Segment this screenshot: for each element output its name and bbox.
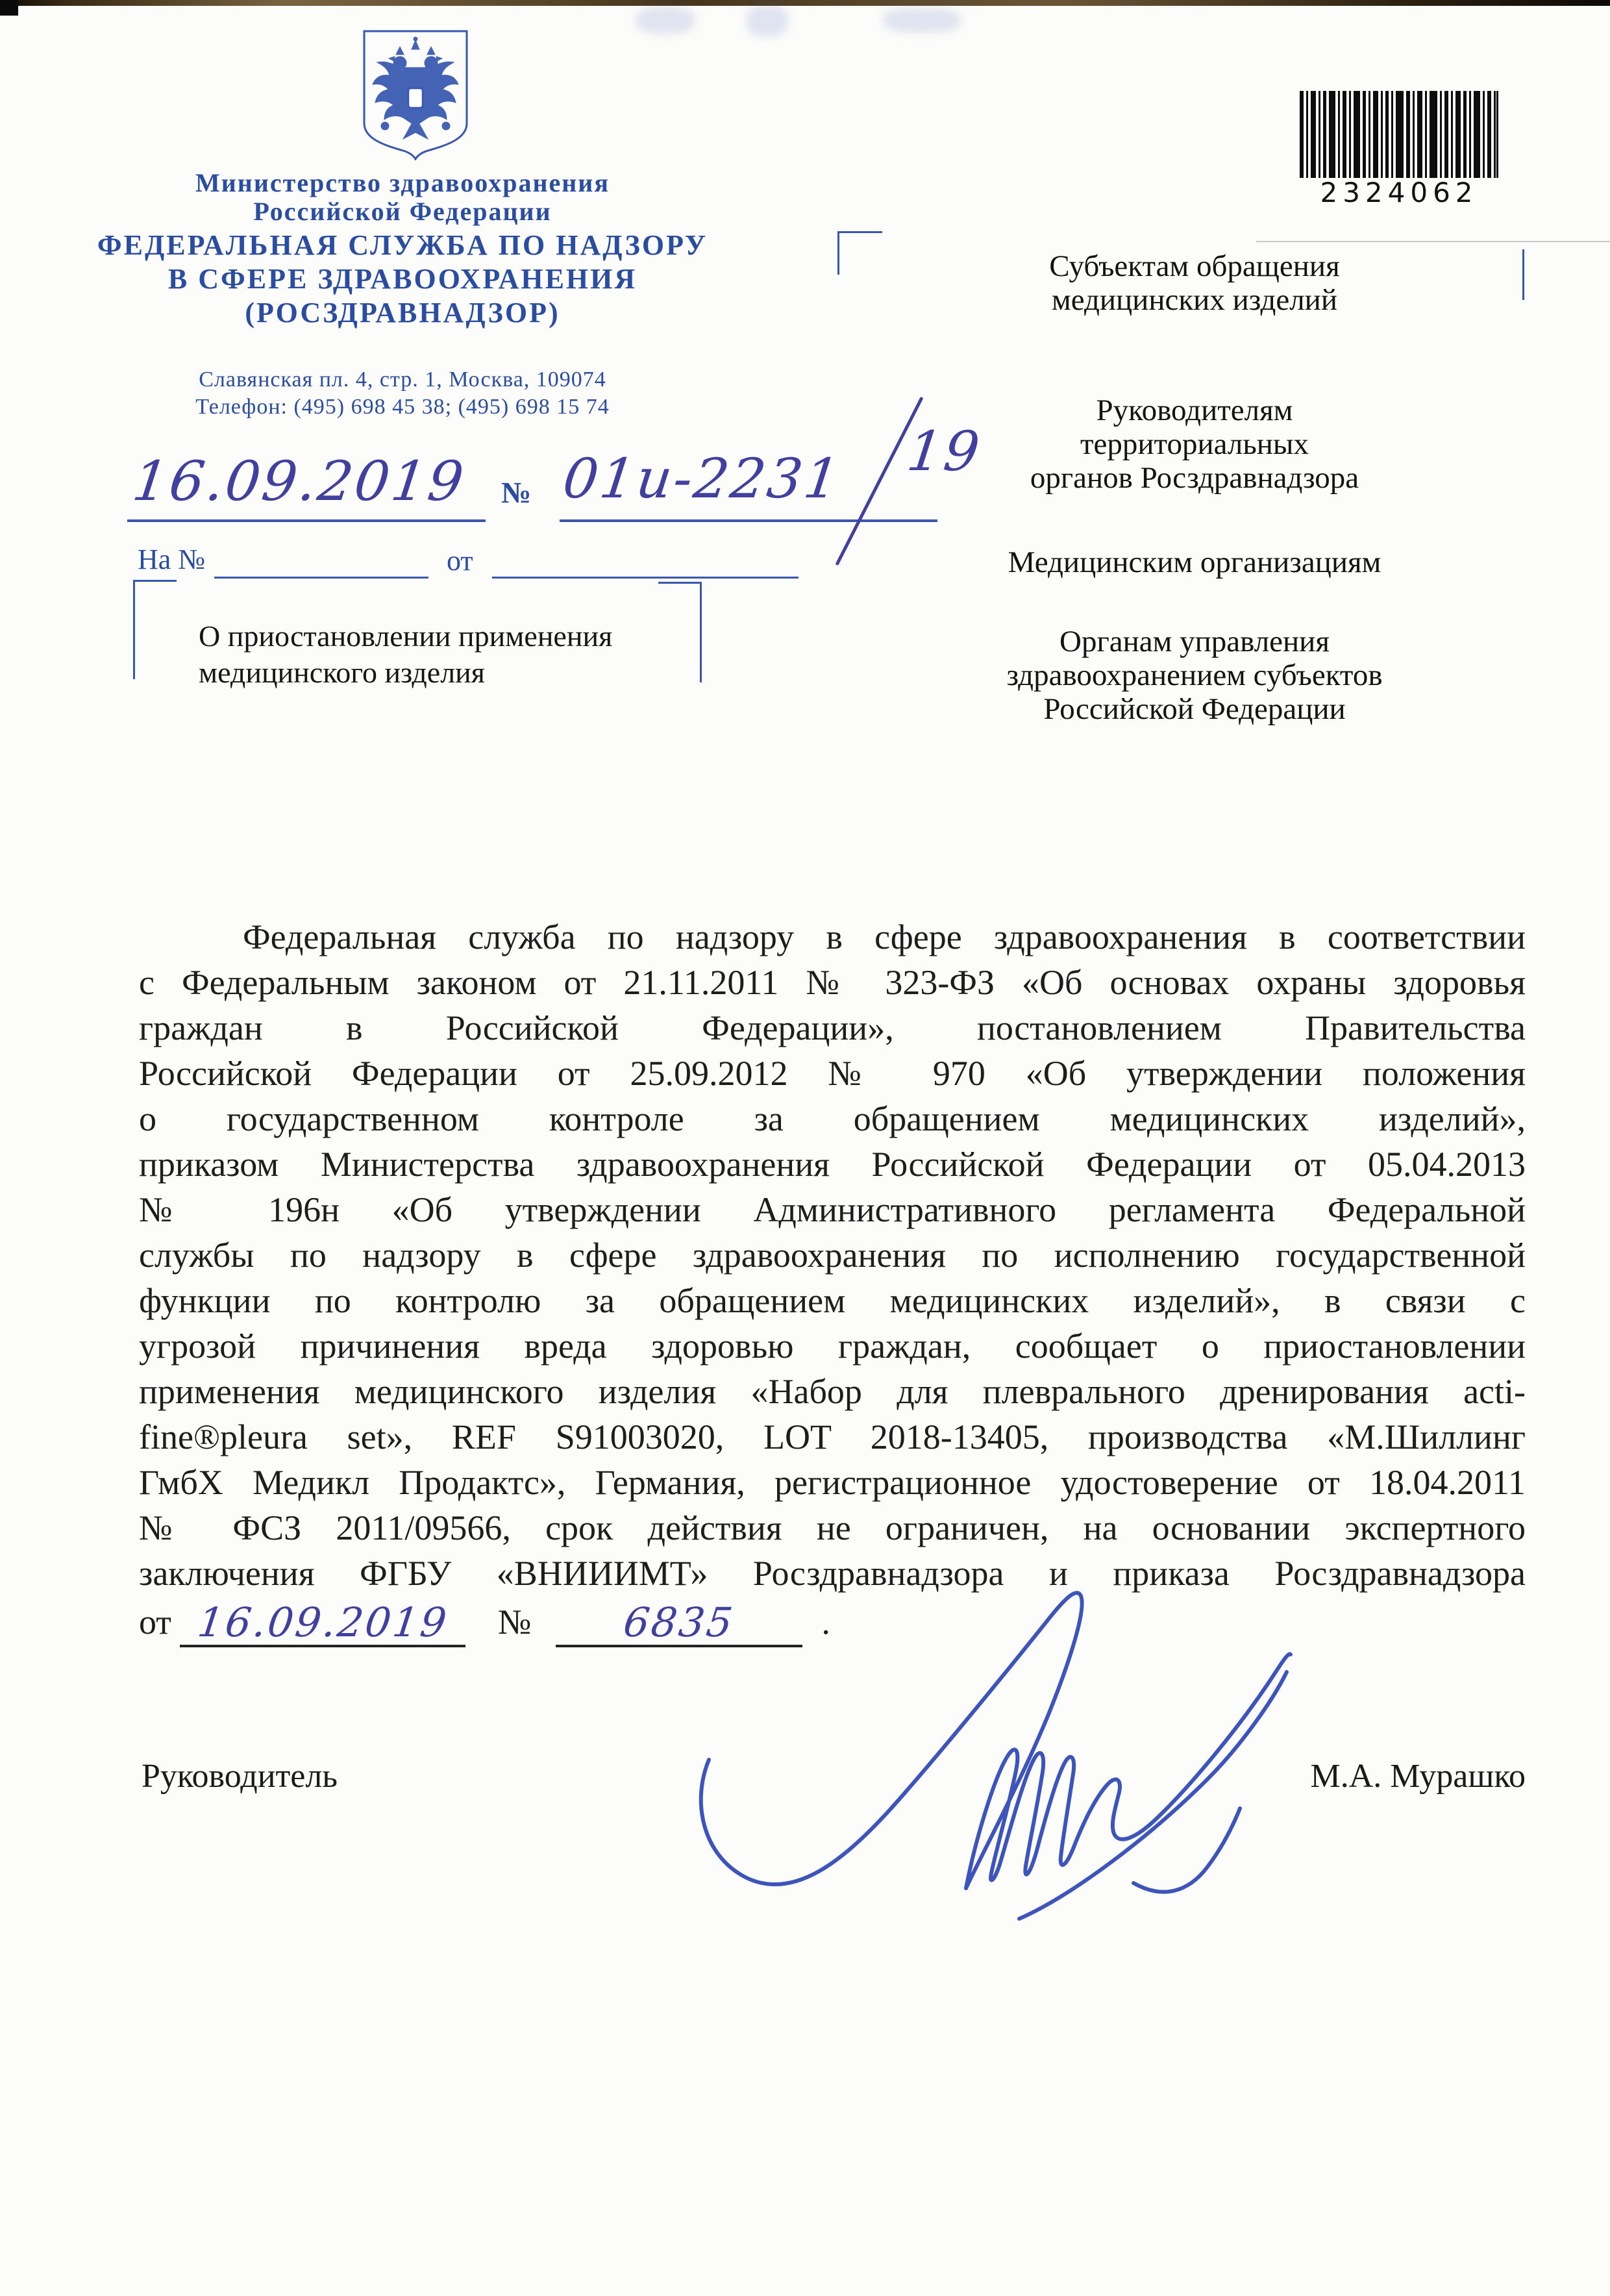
final-ot-label: от: [139, 1603, 171, 1641]
number-underline: [560, 519, 937, 522]
body-line: функции по контролю за обращением медици…: [139, 1278, 1526, 1323]
recipient-corner-tick-right: [1522, 249, 1524, 300]
body-paragraph: Федеральная служба по надзору в сфере зд…: [139, 914, 1526, 1647]
final-number-sign: №: [498, 1603, 532, 1641]
subject-line2: медицинского изделия: [199, 655, 731, 691]
russia-coat-of-arms-icon: [360, 27, 471, 160]
recipient-line: медицинских изделий: [935, 283, 1454, 317]
recipient-line: Медицинским организациям: [935, 545, 1454, 579]
handwritten-date: 16.09.2019: [129, 449, 469, 513]
body-line: Российской Федерации от 25.09.2012 № 970…: [139, 1051, 1526, 1096]
body-line: fine®pleura set», REF S91003020, LOT 201…: [139, 1414, 1526, 1460]
letterhead-phone: Телефон: (495) 698 45 38; (495) 698 15 7…: [91, 395, 714, 419]
body-line: граждан в Российской Федерации», постано…: [139, 1005, 1526, 1051]
recipient-group-4: Органам управления здравоохранением субъ…: [935, 625, 1454, 726]
recipient-line: Руководителям: [935, 393, 1454, 427]
date-underline: [127, 519, 486, 522]
recipient-group-1: Субъектам обращения медицинских изделий: [935, 249, 1454, 317]
handwritten-order-date: 16.09.2019: [195, 1600, 451, 1645]
body-line: применения медицинского изделия «Набор д…: [139, 1369, 1526, 1414]
recipient-line: органов Росздравнадзора: [935, 461, 1454, 495]
recipient-line: здравоохранением субъектов: [935, 658, 1454, 692]
recipient-line: Российской Федерации: [935, 692, 1454, 726]
service-name-line3: (РОСЗДРАВНАДЗОР): [91, 296, 714, 329]
ministry-name-line1: Министерство здравоохранения: [91, 168, 714, 198]
barcode: [1300, 91, 1498, 178]
service-name-line1: ФЕДЕРАЛЬНАЯ СЛУЖБА ПО НАДЗОРУ: [91, 229, 714, 262]
recipient-line: территориальных: [935, 427, 1454, 461]
scan-smudge: [883, 8, 961, 32]
recipient-line: Органам управления: [935, 625, 1454, 658]
barcode-number: 2324062: [1300, 177, 1498, 208]
scan-edge-strip: [0, 0, 1610, 6]
body-line: о государственном контроле за обращением…: [139, 1096, 1526, 1142]
signer-name: М.А. Мурашко: [1311, 1757, 1526, 1795]
subject-block: О приостановлении применения медицинског…: [199, 618, 731, 691]
scan-smudge: [636, 6, 695, 34]
scan-corner-blob: [0, 0, 18, 16]
na-number-label: На №: [138, 543, 205, 576]
service-name-line2: В СФЕРЕ ЗДРАВООХРАНЕНИЯ: [91, 262, 714, 295]
position-label: Руководитель: [142, 1757, 338, 1795]
letterhead-address: Славянская пл. 4, стр. 1, Москва, 109074: [91, 368, 714, 392]
handwritten-number: 01и-2231: [560, 447, 845, 510]
subject-line1: О приостановлении применения: [199, 618, 731, 655]
recipient-line: Субъектам обращения: [935, 249, 1454, 283]
ministry-name-line2: Российской Федерации: [91, 196, 714, 227]
recipient-group-2: Руководителям территориальных органов Ро…: [935, 393, 1454, 495]
body-line: угрозой причинения вреда здоровью гражда…: [139, 1323, 1526, 1369]
body-line: ГмбХ Медикл Продактс», Германия, регистр…: [139, 1460, 1526, 1505]
body-line: с Федеральным законом от 21.11.2011 № 32…: [139, 960, 1526, 1005]
body-line: № ФСЗ 2011/09566, срок действия не огран…: [139, 1505, 1526, 1551]
recipient-corner-bracket-left: [837, 231, 882, 275]
body-line: приказом Министерства здравоохранения Ро…: [139, 1142, 1526, 1187]
body-line: Федеральная служба по надзору в сфере зд…: [139, 914, 1526, 960]
number-sign: №: [501, 475, 531, 510]
recipient-group-3: Медицинским организациям: [935, 545, 1454, 579]
subject-corner-bracket-left: [133, 580, 177, 679]
final-date-underline: 16.09.2019: [180, 1597, 465, 1647]
signature-scribble: [656, 1545, 1318, 1935]
scan-faint-line: [1256, 241, 1610, 242]
ot-blank: [492, 577, 799, 579]
ot-label: от: [447, 544, 473, 577]
body-line: службы по надзору в сфере здравоохранени…: [139, 1232, 1526, 1278]
body-line: № 196н «Об утверждении Административного…: [139, 1187, 1526, 1232]
na-number-blank: [214, 577, 428, 579]
scan-smudge: [747, 5, 788, 36]
